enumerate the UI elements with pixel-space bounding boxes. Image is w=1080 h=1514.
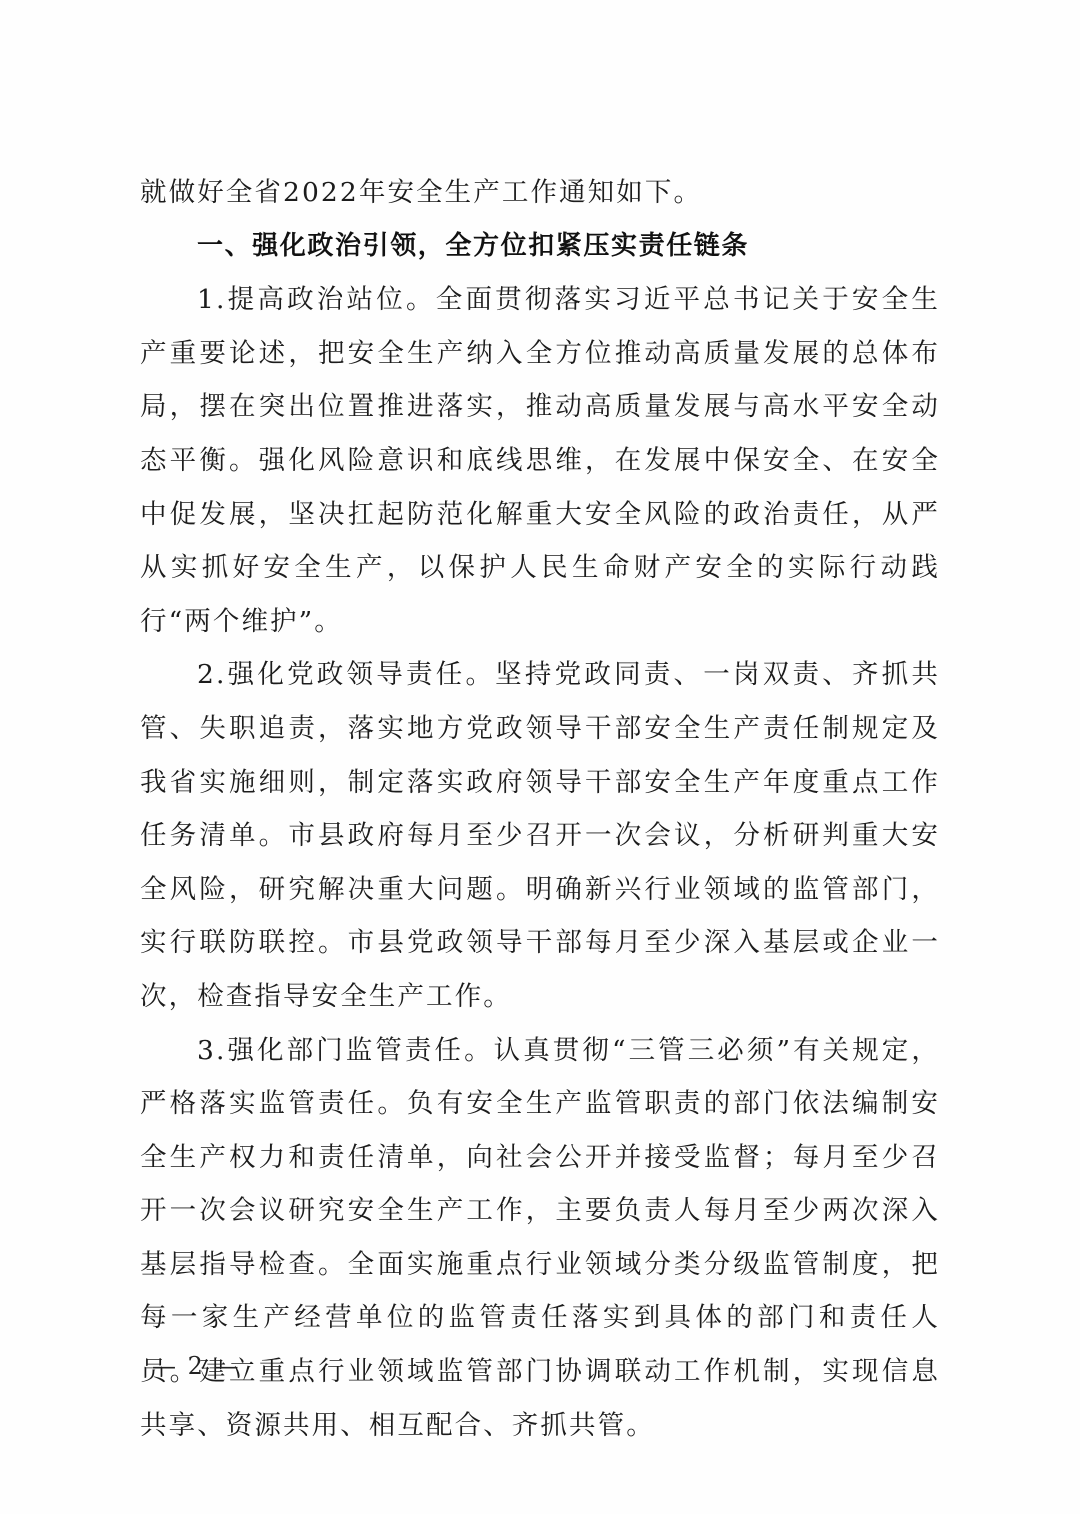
section-heading: 一、强化政治引领，全方位扣紧压实责任链条 [140, 220, 940, 274]
page-number: — 2 — [152, 1352, 241, 1380]
paragraph-3: 3.强化部门监管责任。认真贯彻“三管三必须”有关规定，严格落实监管责任。负有安全… [140, 1024, 940, 1453]
document-page: 就做好全省2022年安全生产工作通知如下。 一、强化政治引领，全方位扣紧压实责任… [0, 0, 1080, 1514]
paragraph-2: 2.强化党政领导责任。坚持党政同责、一岗双责、齐抓共管、失职追责，落实地方党政领… [140, 648, 940, 1023]
document-body: 就做好全省2022年安全生产工作通知如下。 一、强化政治引领，全方位扣紧压实责任… [140, 166, 940, 1452]
paragraph-1: 1.提高政治站位。全面贯彻落实习近平总书记关于安全生产重要论述，把安全生产纳入全… [140, 273, 940, 648]
opening-line: 就做好全省2022年安全生产工作通知如下。 [140, 166, 940, 220]
